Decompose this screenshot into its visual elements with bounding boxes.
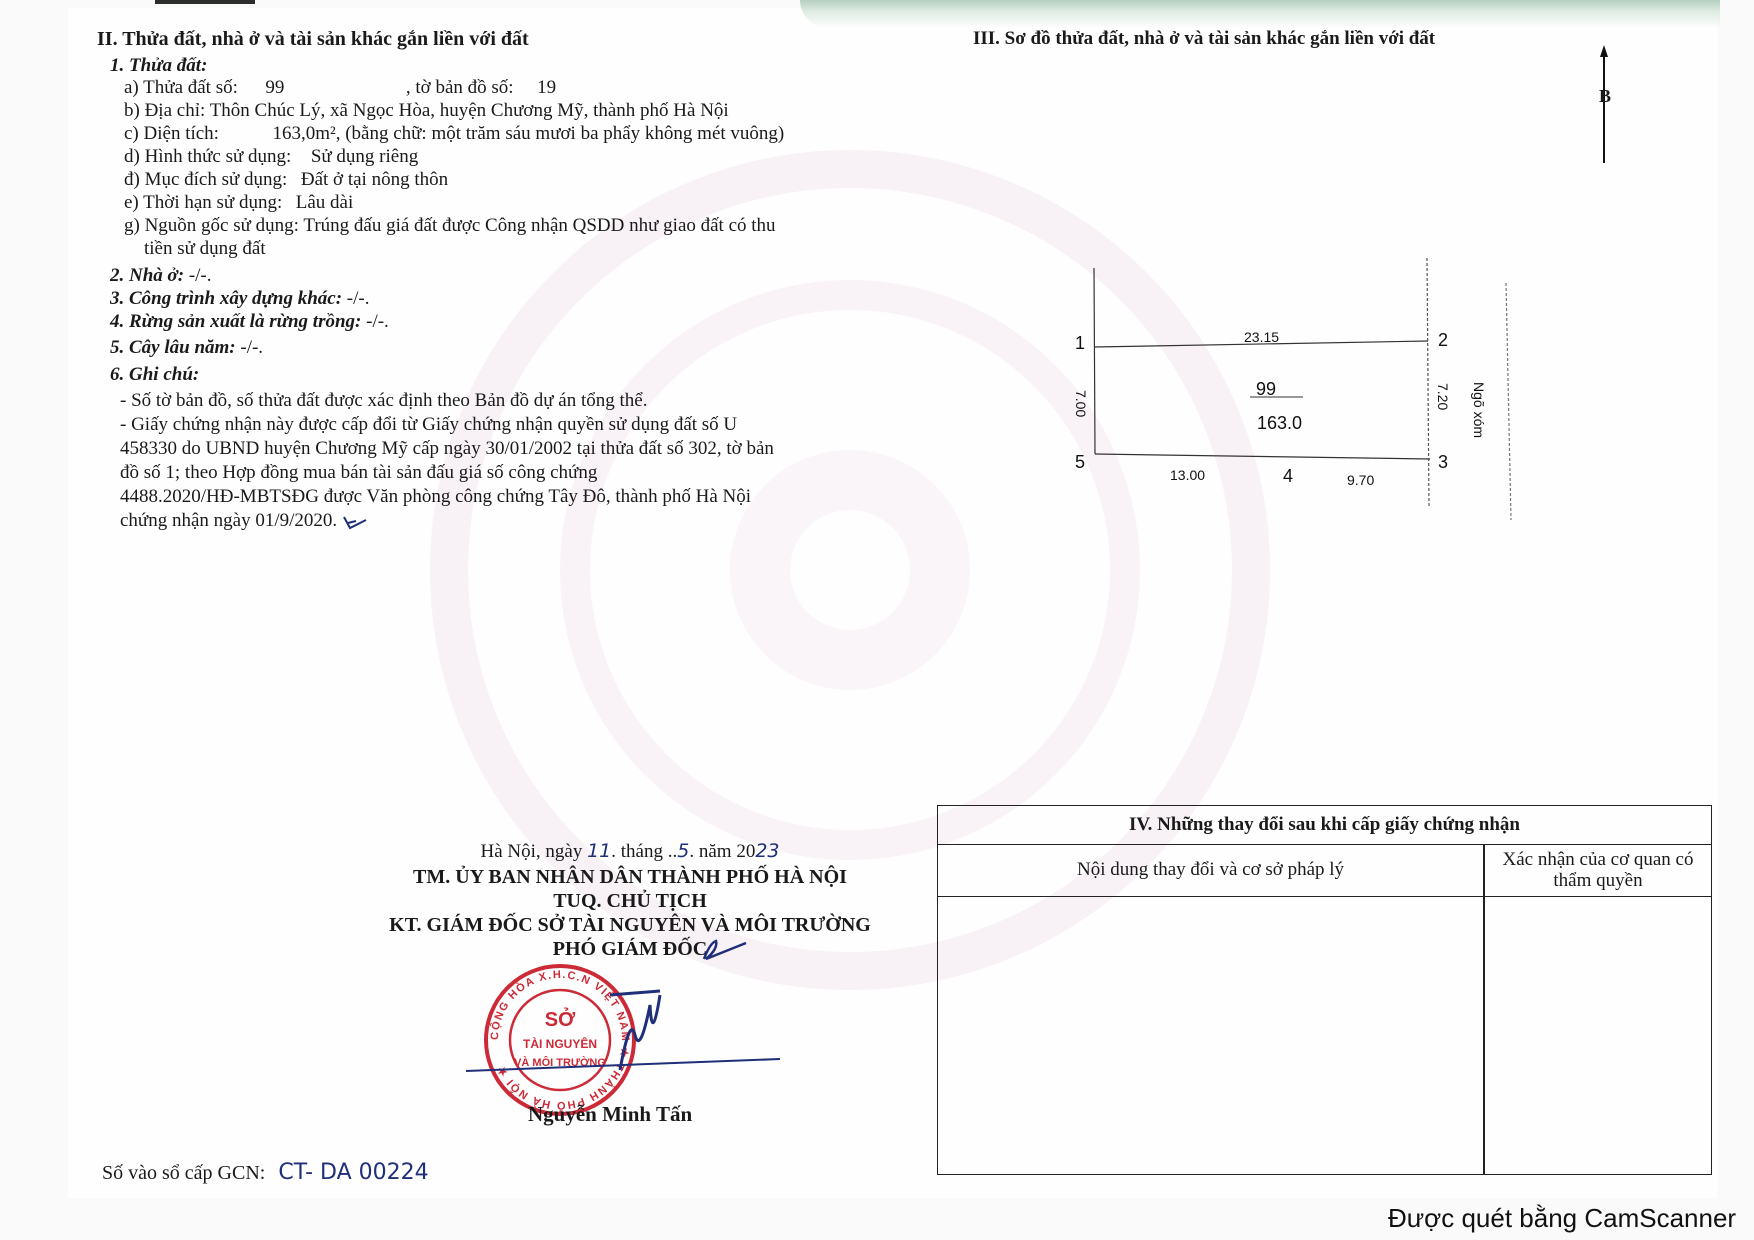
section-ii-title: II. Thửa đất, nhà ở và tài sản khác gắn … — [97, 28, 529, 50]
origin-row: g) Nguồn gốc sử dụng: Trúng đấu giá đất … — [124, 215, 776, 237]
date-prefix: Hà Nội, ngày — [481, 841, 583, 862]
point-label: 5 — [1075, 452, 1085, 472]
house-row: 2. Nhà ở: -/-. — [110, 265, 212, 287]
column-header-content: Nội dung thay đổi và cơ sở pháp lý — [938, 844, 1483, 896]
use-form-row: d) Hình thức sử dụng: Sử dụng riêng — [124, 146, 418, 168]
purpose-label: đ) Mục đích sử dụng: — [124, 169, 287, 190]
address-value: Thôn Chúc Lý, xã Ngọc Hòa, huyện Chương … — [210, 100, 729, 121]
use-form-label: d) Hình thức sử dụng: — [124, 146, 291, 167]
purpose-value: Đất ở tại nông thôn — [301, 169, 448, 190]
registry-label: Số vào sổ cấp GCN: — [102, 1162, 265, 1184]
signer-authority: TUQ. CHỦ TỊCH — [330, 890, 930, 912]
note-line: chứng nhận ngày 01/9/2020. — [120, 510, 368, 532]
road-label: Ngõ xóm — [1471, 382, 1487, 438]
edge-length: 7.20 — [1435, 383, 1451, 410]
parcel-label: a) Thửa đất số: — [124, 77, 238, 98]
edge-length: 23.15 — [1244, 329, 1279, 345]
note-line: 4488.2020/HĐ-MBTSĐG được Văn phòng công … — [120, 486, 751, 508]
area-label: c) Diện tích: — [124, 123, 219, 144]
forest-value: -/-. — [366, 311, 389, 332]
note-line-text: chứng nhận ngày 01/9/2020. — [120, 510, 337, 531]
forest-row: 4. Rừng sản xuất là rừng trồng: -/-. — [110, 311, 389, 333]
address-label: b) Địa chỉ: — [124, 100, 205, 121]
parcel-number: 99 — [265, 77, 284, 98]
initial-mark-icon — [342, 514, 368, 530]
scan-edge-shadow — [155, 0, 255, 4]
area-value: 163,0m², (bằng chữ: một trăm sáu mươi ba… — [272, 123, 784, 144]
registry-value: CT- DA 00224 — [278, 1160, 428, 1185]
address-row: b) Địa chỉ: Thôn Chúc Lý, xã Ngọc Hòa, h… — [124, 100, 729, 122]
table-header-row: Nội dung thay đổi và cơ sở pháp lý Xác n… — [938, 844, 1711, 897]
registry-row: Số vào sổ cấp GCN: CT- DA 00224 — [102, 1162, 429, 1184]
signer-title: PHÓ GIÁM ĐỐC — [330, 938, 930, 960]
signer-department: KT. GIÁM ĐỐC SỞ TÀI NGUYÊN VÀ MÔI TRƯỜNG — [330, 914, 930, 936]
edge-length: 9.70 — [1347, 472, 1374, 488]
north-label: B — [1599, 85, 1611, 107]
house-label: 2. Nhà ở: — [110, 265, 184, 286]
point-label: 2 — [1438, 330, 1448, 350]
drum-watermark-core — [730, 450, 970, 690]
north-arrow-icon — [1590, 45, 1620, 170]
date-month: 5 — [677, 840, 689, 862]
point-label: 3 — [1438, 452, 1448, 472]
origin-label: g) Nguồn gốc sử dụng: — [124, 215, 299, 236]
term-value: Lâu dài — [296, 192, 354, 213]
column-divider — [1483, 844, 1485, 1174]
note-line: 458330 do UBND huyện Chương Mỹ cấp ngày … — [120, 438, 774, 460]
parcel-row: a) Thửa đất số: 99 , tờ bản đồ số: 19 — [124, 77, 556, 99]
origin-continued: tiền sử dụng đất — [144, 238, 266, 260]
year-label: năm — [699, 841, 732, 862]
scan-edge-shadow — [800, 0, 1720, 28]
parcel-area-label: 163.0 — [1257, 413, 1302, 433]
year-printed: 20 — [736, 841, 755, 862]
year-hand: 23 — [755, 840, 779, 862]
signer-name: Nguyễn Minh Tấn — [528, 1103, 692, 1125]
term-row: e) Thời hạn sử dụng: Lâu dài — [124, 192, 353, 214]
section-iii-title: III. Sơ đồ thửa đất, nhà ở và tài sản kh… — [973, 28, 1435, 50]
parcel-diagram: 1 2 3 4 5 23.15 13.00 9.70 7.00 7.20 Ngõ… — [1060, 250, 1540, 530]
edge-length: 7.00 — [1073, 390, 1089, 417]
point-label: 1 — [1075, 333, 1085, 353]
perennial-value: -/-. — [240, 337, 263, 358]
use-form-value: Sử dụng riêng — [311, 146, 418, 167]
note-line: đồ số 1; theo Hợp đồng mua bán tài sản đ… — [120, 462, 597, 484]
note-line: - Giấy chứng nhận này được cấp đổi từ Gi… — [120, 414, 737, 436]
camscanner-watermark: Được quét bằng CamScanner — [1388, 1203, 1736, 1234]
changes-table: IV. Những thay đổi sau khi cấp giấy chứn… — [937, 805, 1712, 1175]
note-line: - Số tờ bản đồ, số thửa đất được xác địn… — [120, 390, 647, 412]
date-day: 11 — [587, 840, 611, 862]
point-label: 4 — [1283, 466, 1293, 486]
section-iv-title: IV. Những thay đổi sau khi cấp giấy chứn… — [938, 806, 1711, 845]
term-label: e) Thời hạn sử dụng: — [124, 192, 282, 213]
map-number: 19 — [537, 77, 556, 98]
initial-mark-icon — [700, 935, 750, 965]
perennial-row: 5. Cây lâu năm: -/-. — [110, 337, 263, 359]
column-header-confirmation: Xác nhận của cơ quan có thẩm quyền — [1484, 844, 1712, 896]
purpose-row: đ) Mục đích sử dụng: Đất ở tại nông thôn — [124, 169, 448, 191]
other-construction-value: -/-. — [347, 288, 370, 309]
other-construction-row: 3. Công trình xây dựng khác: -/-. — [110, 288, 369, 310]
other-construction-label: 3. Công trình xây dựng khác: — [110, 288, 342, 309]
edge-length: 13.00 — [1170, 467, 1205, 483]
notes-label: 6. Ghi chú: — [110, 364, 199, 386]
month-label: tháng — [621, 841, 663, 862]
signer-org: TM. ỦY BAN NHÂN DÂN THÀNH PHỐ HÀ NỘI — [330, 866, 930, 888]
map-label: , tờ bản đồ số: — [406, 77, 514, 98]
house-value: -/-. — [189, 265, 212, 286]
origin-value: Trúng đấu giá đất được Công nhận QSDD nh… — [303, 215, 775, 236]
perennial-label: 5. Cây lâu năm: — [110, 337, 236, 358]
forest-label: 4. Rừng sản xuất là rừng trồng: — [110, 311, 361, 332]
handwritten-signature — [460, 975, 800, 1085]
land-heading: 1. Thửa đất: — [110, 55, 207, 77]
area-row: c) Diện tích: 163,0m², (bằng chữ: một tr… — [124, 123, 784, 145]
place-date: Hà Nội, ngày 11. tháng ..5. năm 2023 — [330, 840, 930, 863]
parcel-number-label: 99 — [1256, 379, 1276, 399]
